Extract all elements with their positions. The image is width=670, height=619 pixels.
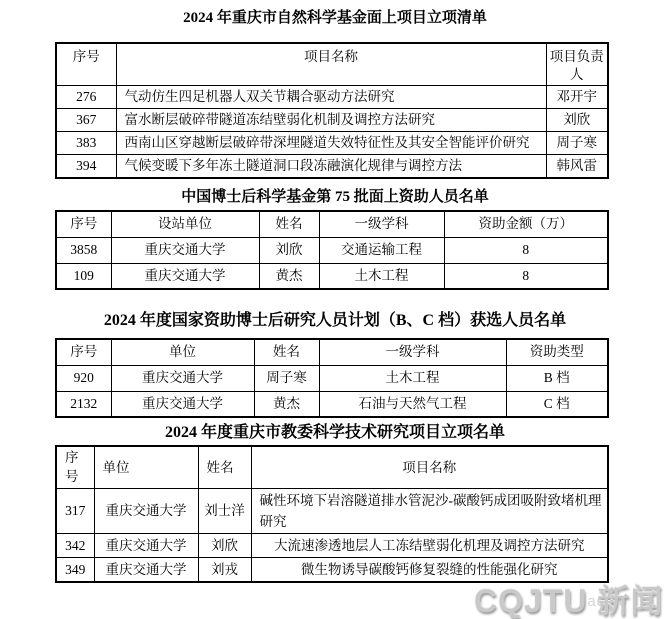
table-cell: 重庆交通大学 (111, 391, 254, 417)
table-cell: 920 (56, 365, 111, 391)
column-header: 项目负责人 (546, 43, 608, 86)
table-cell: 重庆交通大学 (111, 237, 259, 263)
column-header: 项目名称 (116, 43, 546, 86)
table-row: 920重庆交通大学周子寒土木工程B 档 (56, 365, 608, 391)
table-cell: 邓开宇 (546, 86, 608, 109)
column-header: 单位 (111, 339, 254, 365)
table-body: 3858重庆交通大学刘欣交通运输工程8109重庆交通大学黄杰土木工程8 (56, 237, 608, 289)
table-postdoc-fund: 序号设站单位姓名一级学科资助金额（万） 3858重庆交通大学刘欣交通运输工程81… (55, 210, 609, 290)
column-header: 项目名称 (251, 446, 608, 488)
column-header: 资助金额（万） (444, 211, 608, 237)
table-cell: 气动仿生四足机器人双关节耦合驱动方法研究 (116, 86, 546, 109)
table-row: 3858重庆交通大学刘欣交通运输工程8 (56, 237, 608, 263)
table-cell: 富水断层破碎带隧道冻结壁弱化机制及调控方法研究 (116, 109, 546, 132)
header-row: 序号单位姓名项目名称 (56, 446, 608, 488)
table-cell: 刘欣 (546, 109, 608, 132)
section-title-postdoc-plan: 2024 年度国家资助博士后研究人员计划（B、C 档）获选人员名单 (0, 307, 670, 330)
watermark-cqjtu-news: CQJTU 新闻 (474, 576, 663, 619)
table-cell: 碱性环境下岩溶隧道排水管泥沙-碳酸钙成团吸附致堵机理研究 (251, 488, 608, 533)
table-cell: 重庆交通大学 (94, 488, 198, 533)
table-header: 序号单位姓名一级学科资助类型 (56, 339, 608, 365)
table-row: 109重庆交通大学黄杰土木工程8 (56, 263, 608, 289)
table-cell: 黄杰 (259, 263, 319, 289)
table-cell: 重庆交通大学 (94, 557, 198, 582)
table-cell: 276 (56, 86, 116, 109)
table-cell: C 档 (506, 391, 608, 417)
table-cell: 2132 (56, 391, 111, 417)
section-title-education-commission: 2024 年度重庆市教委科学技术研究项目立项名单 (0, 419, 670, 442)
column-header: 一级学科 (319, 339, 506, 365)
section-title-natural-science-fund: 2024 年重庆市自然科学基金面上项目立项清单 (0, 6, 670, 27)
table-cell: 349 (56, 557, 94, 582)
column-header: 姓名 (254, 339, 319, 365)
table-body: 920重庆交通大学周子寒土木工程B 档2132重庆交通大学黄杰石油与天然气工程C… (56, 365, 608, 417)
table-cell: 周子寒 (254, 365, 319, 391)
table-cell: 韩风雷 (546, 155, 608, 179)
table-row: 276气动仿生四足机器人双关节耦合驱动方法研究邓开宇 (56, 86, 608, 109)
table-row: 2132重庆交通大学黄杰石油与天然气工程C 档 (56, 391, 608, 417)
table-cell: B 档 (506, 365, 608, 391)
table-row: 394气候变暖下多年冻土隧道洞口段冻融演化规律与调控方法韩风雷 (56, 155, 608, 179)
column-header: 设站单位 (111, 211, 259, 237)
table-cell: 8 (444, 263, 608, 289)
table-header: 序号设站单位姓名一级学科资助金额（万） (56, 211, 608, 237)
table-row: 383西南山区穿越断层破碎带深埋隧道失效特征性及其安全智能评价研究周子寒 (56, 132, 608, 155)
table-cell: 重庆交通大学 (111, 365, 254, 391)
table-cell: 重庆交通大学 (111, 263, 259, 289)
table-cell: 周子寒 (546, 132, 608, 155)
table-cell: 367 (56, 109, 116, 132)
table-header: 序号项目名称项目负责人 (56, 43, 608, 86)
table-cell: 刘欣 (198, 533, 251, 557)
header-row: 序号设站单位姓名一级学科资助金额（万） (56, 211, 608, 237)
table-row: 342重庆交通大学刘欣大流速渗透地层人工冻结壁弱化机理及调控方法研究 (56, 533, 608, 557)
table-row: 367富水断层破碎带隧道冻结壁弱化机制及调控方法研究刘欣 (56, 109, 608, 132)
column-header: 序号 (56, 339, 111, 365)
document-page: { "document": { "sections": [ { "title":… (0, 0, 670, 619)
table-cell: 3858 (56, 237, 111, 263)
table-cell: 刘欣 (259, 237, 319, 263)
table-cell: 大流速渗透地层人工冻结壁弱化机理及调控方法研究 (251, 533, 608, 557)
table-postdoc-plan: 序号单位姓名一级学科资助类型 920重庆交通大学周子寒土木工程B 档2132重庆… (55, 338, 609, 418)
table-cell: 394 (56, 155, 116, 179)
table-cell: 西南山区穿越断层破碎带深埋隧道失效特征性及其安全智能评价研究 (116, 132, 546, 155)
column-header: 姓名 (259, 211, 319, 237)
table-cell: 石油与天然气工程 (319, 391, 506, 417)
table-cell: 土木工程 (319, 365, 506, 391)
table-education-commission: 序号单位姓名项目名称 317重庆交通大学刘士洋碱性环境下岩溶隧道排水管泥沙-碳酸… (55, 445, 609, 583)
table-header: 序号单位姓名项目名称 (56, 446, 608, 488)
table-natural-science-fund: 序号项目名称项目负责人 276气动仿生四足机器人双关节耦合驱动方法研究邓开宇36… (55, 42, 609, 179)
header-row: 序号单位姓名一级学科资助类型 (56, 339, 608, 365)
table-cell: 8 (444, 237, 608, 263)
column-header: 姓名 (198, 446, 251, 488)
section-title-postdoc-fund: 中国博士后科学基金第 75 批面上资助人员名单 (0, 185, 670, 206)
table-cell: 土木工程 (319, 263, 444, 289)
table-row: 317重庆交通大学刘士洋碱性环境下岩溶隧道排水管泥沙-碳酸钙成团吸附致堵机理研究 (56, 488, 608, 533)
column-header: 资助类型 (506, 339, 608, 365)
table-cell: 交通运输工程 (319, 237, 444, 263)
table-body: 317重庆交通大学刘士洋碱性环境下岩溶隧道排水管泥沙-碳酸钙成团吸附致堵机理研究… (56, 488, 608, 582)
table-cell: 刘士洋 (198, 488, 251, 533)
column-header: 序号 (56, 43, 116, 86)
table-cell: 383 (56, 132, 116, 155)
column-header: 序号 (56, 211, 111, 237)
table-cell: 重庆交通大学 (94, 533, 198, 557)
table-cell: 气候变暖下多年冻土隧道洞口段冻融演化规律与调控方法 (116, 155, 546, 179)
table-cell: 317 (56, 488, 94, 533)
table-cell: 黄杰 (254, 391, 319, 417)
table-cell: 刘戎 (198, 557, 251, 582)
table-cell: 342 (56, 533, 94, 557)
table-cell: 109 (56, 263, 111, 289)
column-header: 一级学科 (319, 211, 444, 237)
column-header: 单位 (94, 446, 198, 488)
table-body: 276气动仿生四足机器人双关节耦合驱动方法研究邓开宇367富水断层破碎带隧道冻结… (56, 86, 608, 179)
column-header: 序号 (56, 446, 94, 488)
header-row: 序号项目名称项目负责人 (56, 43, 608, 86)
